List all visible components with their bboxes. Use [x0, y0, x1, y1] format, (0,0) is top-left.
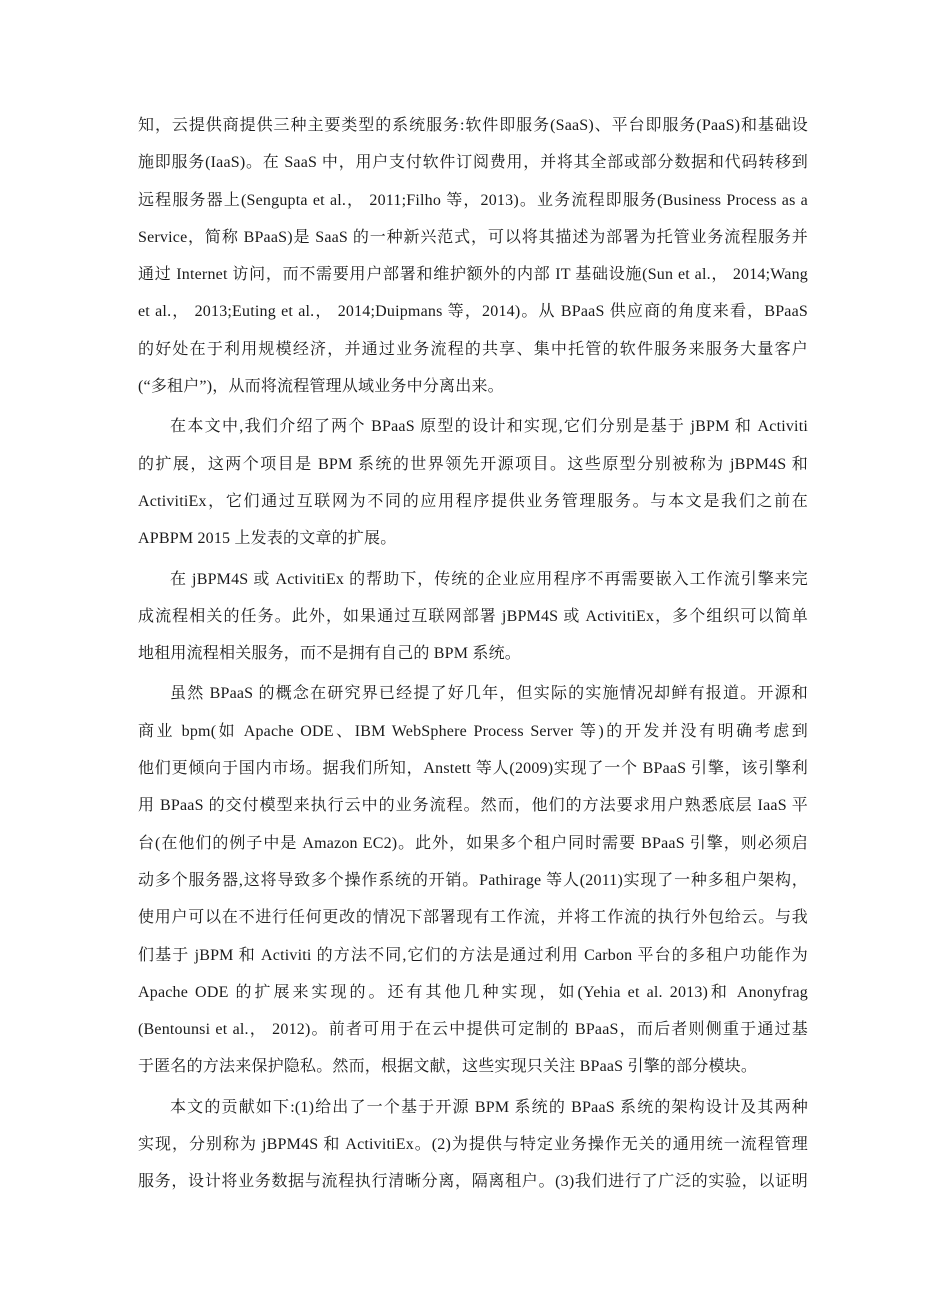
- text-line: 的扩展，这两个项目是 BPM 系统的世界领先开源项目。这些原型分别被称为 jBP…: [138, 446, 808, 483]
- text-line: 使用户可以在不进行任何更改的情况下部署现有工作流，并将工作流的执行外包给云。与我: [138, 899, 808, 936]
- text-block: 知，云提供商提供三种主要类型的系统服务:软件即服务(SaaS)、平台即服务(Pa…: [138, 107, 808, 1201]
- text-line: 服务，设计将业务数据与流程执行清晰分离，隔离租户。(3)我们进行了广泛的实验，以…: [138, 1163, 808, 1200]
- text-line: ActivitiEx，它们通过互联网为不同的应用程序提供业务管理服务。与本文是我…: [138, 483, 808, 520]
- text-line: (Bentounsi et al.， 2012)。前者可用于在云中提供可定制的 …: [138, 1011, 808, 1048]
- text-line: Apache ODE 的扩展来实现的。还有其他几种实现，如(Yehia et a…: [138, 974, 808, 1011]
- text-line: 实现，分别称为 jBPM4S 和 ActivitiEx。(2)为提供与特定业务操…: [138, 1126, 808, 1163]
- text-line: 成流程相关的任务。此外，如果通过互联网部署 jBPM4S 或 ActivitiE…: [138, 598, 808, 635]
- text-line: 在本文中,我们介绍了两个 BPaaS 原型的设计和实现,它们分别是基于 jBPM…: [138, 408, 808, 445]
- text-line: 在 jBPM4S 或 ActivitiEx 的帮助下，传统的企业应用程序不再需要…: [138, 561, 808, 598]
- paragraph: 在本文中,我们介绍了两个 BPaaS 原型的设计和实现,它们分别是基于 jBPM…: [138, 408, 808, 557]
- text-line: APBPM 2015 上发表的文章的扩展。: [138, 520, 808, 557]
- text-line: 他们更倾向于国内市场。据我们所知，Anstett 等人(2009)实现了一个 B…: [138, 750, 808, 787]
- text-line: 地租用流程相关服务，而不是拥有自己的 BPM 系统。: [138, 635, 808, 672]
- document-page: 知，云提供商提供三种主要类型的系统服务:软件即服务(SaaS)、平台即服务(Pa…: [0, 0, 925, 1309]
- text-line: 施即服务(IaaS)。在 SaaS 中，用户支付软件订阅费用，并将其全部或部分数…: [138, 144, 808, 181]
- text-line: Service，简称 BPaaS)是 SaaS 的一种新兴范式，可以将其描述为部…: [138, 219, 808, 256]
- text-line: (“多租户”)，从而将流程管理从域业务中分离出来。: [138, 368, 808, 405]
- text-line: 虽然 BPaaS 的概念在研究界已经提了好几年，但实际的实施情况却鲜有报道。开源…: [138, 675, 808, 712]
- paragraph: 虽然 BPaaS 的概念在研究界已经提了好几年，但实际的实施情况却鲜有报道。开源…: [138, 675, 808, 1085]
- text-line: 的好处在于利用规模经济，并通过业务流程的共享、集中托管的软件服务来服务大量客户: [138, 331, 808, 368]
- text-line: 本文的贡献如下:(1)给出了一个基于开源 BPM 系统的 BPaaS 系统的架构…: [138, 1089, 808, 1126]
- text-line: 台(在他们的例子中是 Amazon EC2)。此外，如果多个租户同时需要 BPa…: [138, 825, 808, 862]
- text-line: 远程服务器上(Sengupta et al.， 2011;Filho 等，201…: [138, 182, 808, 219]
- text-line: 动多个服务器,这将导致多个操作系统的开销。Pathirage 等人(2011)实…: [138, 862, 808, 899]
- text-line: 知，云提供商提供三种主要类型的系统服务:软件即服务(SaaS)、平台即服务(Pa…: [138, 107, 808, 144]
- paragraph: 在 jBPM4S 或 ActivitiEx 的帮助下，传统的企业应用程序不再需要…: [138, 561, 808, 673]
- paragraph: 知，云提供商提供三种主要类型的系统服务:软件即服务(SaaS)、平台即服务(Pa…: [138, 107, 808, 405]
- text-line: 用 BPaaS 的交付模型来执行云中的业务流程。然而，他们的方法要求用户熟悉底层…: [138, 787, 808, 824]
- text-line: 商业 bpm(如 Apache ODE、IBM WebSphere Proces…: [138, 713, 808, 750]
- text-line: et al.， 2013;Euting et al.， 2014;Duipman…: [138, 293, 808, 330]
- text-line: 们基于 jBPM 和 Activiti 的方法不同,它们的方法是通过利用 Car…: [138, 937, 808, 974]
- paragraph: 本文的贡献如下:(1)给出了一个基于开源 BPM 系统的 BPaaS 系统的架构…: [138, 1089, 808, 1201]
- text-line: 于匿名的方法来保护隐私。然而，根据文献，这些实现只关注 BPaaS 引擎的部分模…: [138, 1048, 808, 1085]
- text-line: 通过 Internet 访问，而不需要用户部署和维护额外的内部 IT 基础设施(…: [138, 256, 808, 293]
